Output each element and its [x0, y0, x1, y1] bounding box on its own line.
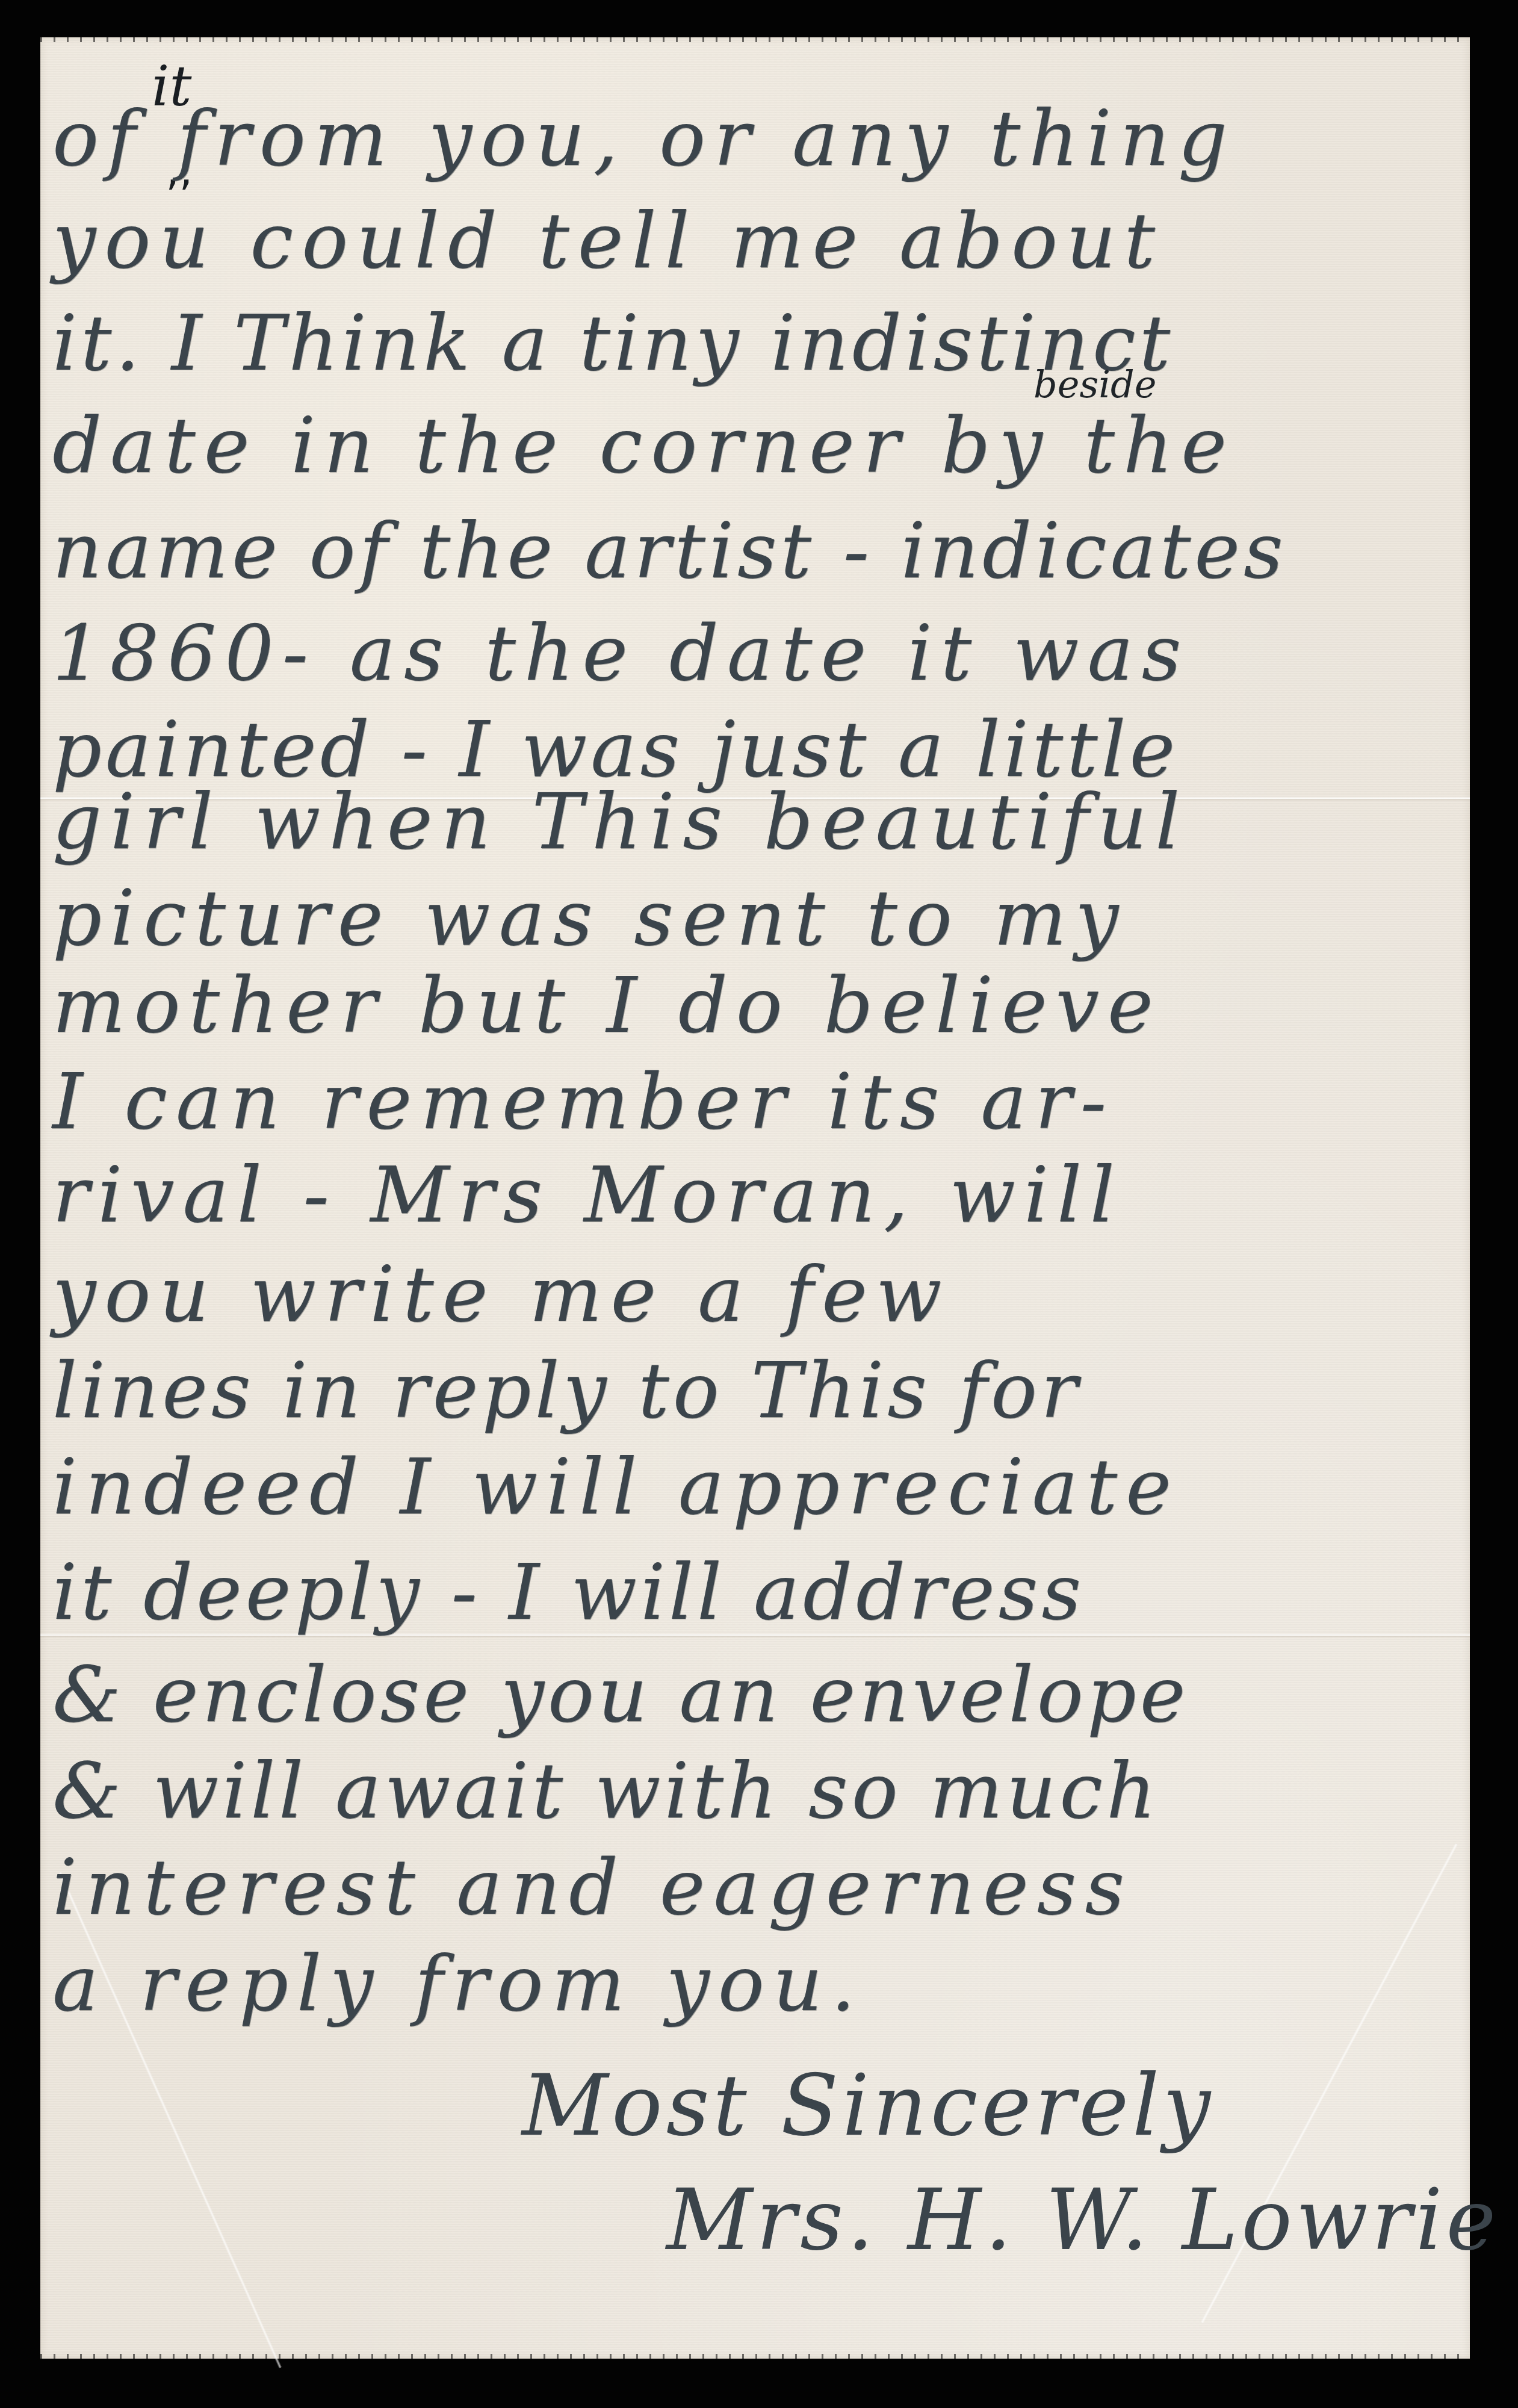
letter-line-3: it. I Think a tiny indistinct	[52, 305, 1174, 382]
letter-line-18: & will await with so much	[52, 1753, 1159, 1830]
letter-line-17: & enclose you an envelope	[52, 1657, 1189, 1734]
letter-line-13: you write me a few	[52, 1256, 950, 1333]
letter-line-20: a reply from you.	[52, 1946, 864, 2023]
letter-line-14: lines in reply to This for	[52, 1353, 1081, 1430]
deckle-edge-bottom	[40, 2354, 1470, 2360]
letter-line-4: date in the corner by the	[52, 408, 1235, 485]
letter-line-10: mother but I do believe	[52, 967, 1162, 1044]
letter-page: it ‚‚ of from you, or any thing you coul…	[40, 37, 1470, 2359]
interlinear-word-beside: beside	[1033, 362, 1156, 406]
letter-line-1: of from you, or any thing	[52, 101, 1236, 178]
signature: Mrs. H. W. Lowrie	[666, 2171, 1499, 2270]
letter-line-16: it deeply - I will address	[52, 1554, 1085, 1631]
letter-line-6: 1860- as the date it was	[52, 615, 1189, 692]
letter-line-5: name of the artist - indicates	[52, 513, 1287, 590]
closing-salutation: Most Sincerely	[522, 2057, 1214, 2155]
letter-line-2: you could tell me about	[52, 203, 1163, 280]
letter-line-15: indeed I will appreciate	[52, 1449, 1180, 1526]
letter-line-11: I can remember its ar-	[52, 1064, 1115, 1141]
deckle-edge-top	[40, 36, 1470, 42]
letter-line-8: girl when This beautiful	[52, 784, 1188, 861]
letter-line-12: rival - Mrs Moran, will	[52, 1157, 1123, 1234]
letter-line-19: interest and eagerness	[52, 1849, 1133, 1926]
letter-line-9: picture was sent to my	[52, 880, 1127, 957]
